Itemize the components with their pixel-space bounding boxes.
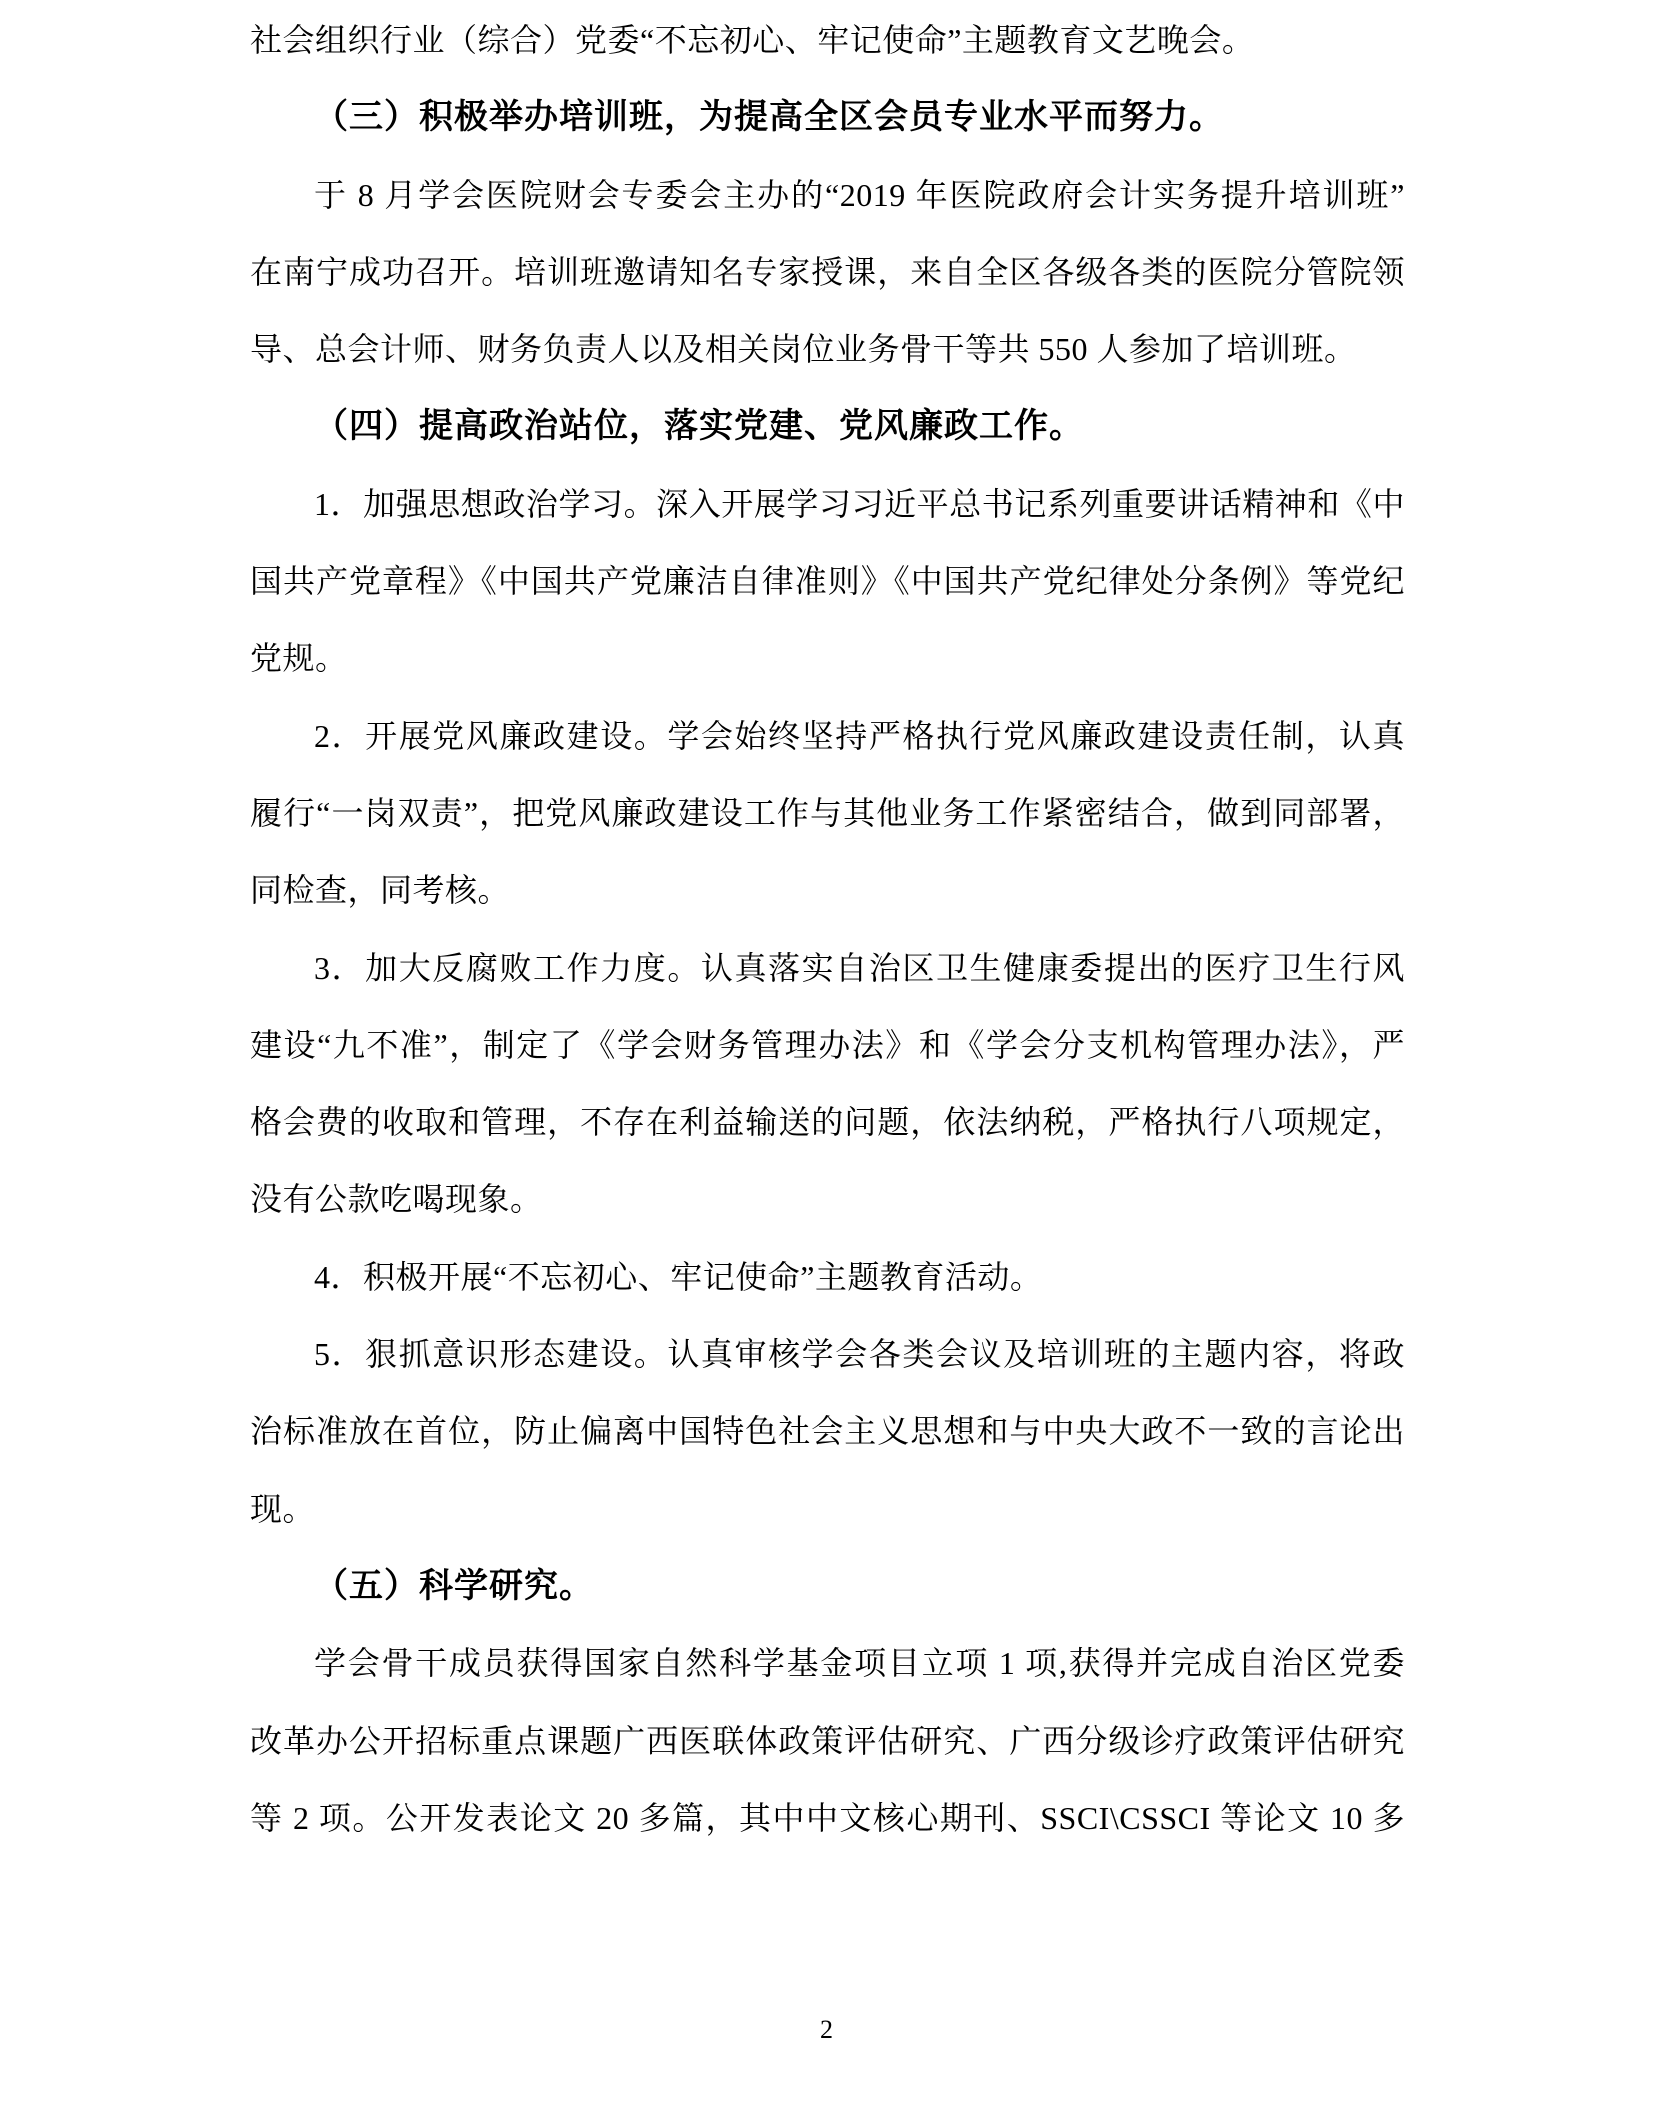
text-line: 社会组织行业（综合）党委“不忘初心、牢记使命”主题教育文艺晚会。 (250, 2, 1405, 79)
paragraph: 4．积极开展“不忘初心、牢记使命”主题教育活动。 (250, 1239, 1405, 1316)
text-line: 同检查，同考核。 (250, 852, 1405, 929)
text-line: 2．开展党风廉政建设。学会始终坚持严格执行党风廉政建设责任制，认真 (250, 698, 1405, 775)
text-line: 4．积极开展“不忘初心、牢记使命”主题教育活动。 (250, 1239, 1405, 1316)
paragraph: 1．加强思想政治学习。深入开展学习习近平总书记系列重要讲话精神和《中国共产党章程… (250, 466, 1405, 698)
text-line: 履行“一岗双责”，把党风廉政建设工作与其他业务工作紧密结合，做到同部署， (250, 775, 1405, 852)
text-line: 导、总会计师、财务负责人以及相关岗位业务骨干等共 550 人参加了培训班。 (250, 311, 1405, 388)
paragraph: 社会组织行业（综合）党委“不忘初心、牢记使命”主题教育文艺晚会。 (250, 2, 1405, 79)
paragraph: （四）提高政治站位，落实党建、党风廉政工作。 (250, 388, 1405, 465)
page-number: 2 (0, 2010, 1653, 2050)
text-line: （五）科学研究。 (250, 1548, 1405, 1625)
paragraph: 于 8 月学会医院财会专委会主办的“2019 年医院政府会计实务提升培训班”在南… (250, 157, 1405, 389)
text-line: 建设“九不准”，制定了《学会财务管理办法》和《学会分支机构管理办法》，严 (250, 1007, 1405, 1084)
paragraph: 2．开展党风廉政建设。学会始终坚持严格执行党风廉政建设责任制，认真履行“一岗双责… (250, 698, 1405, 930)
text-line: 改革办公开招标重点课题广西医联体政策评估研究、广西分级诊疗政策评估研究 (250, 1703, 1405, 1780)
text-line: 格会费的收取和管理，不存在利益输送的问题，依法纳税，严格执行八项规定， (250, 1084, 1405, 1161)
text-line: 党规。 (250, 620, 1405, 697)
paragraph: 3．加大反腐败工作力度。认真落实自治区卫生健康委提出的医疗卫生行风建设“九不准”… (250, 930, 1405, 1239)
paragraph: （三）积极举办培训班，为提高全区会员专业水平而努力。 (250, 79, 1405, 156)
text-line: 3．加大反腐败工作力度。认真落实自治区卫生健康委提出的医疗卫生行风 (250, 930, 1405, 1007)
text-line: （三）积极举办培训班，为提高全区会员专业水平而努力。 (250, 79, 1405, 156)
text-line: 学会骨干成员获得国家自然科学基金项目立项 1 项,获得并完成自治区党委 (250, 1625, 1405, 1702)
text-line: 没有公款吃喝现象。 (250, 1161, 1405, 1238)
document-body: 社会组织行业（综合）党委“不忘初心、牢记使命”主题教育文艺晚会。（三）积极举办培… (250, 2, 1405, 1857)
text-line: 国共产党章程》《中国共产党廉洁自律准则》《中国共产党纪律处分条例》等党纪 (250, 543, 1405, 620)
text-line: 等 2 项。公开发表论文 20 多篇，其中中文核心期刊、SSCI\CSSCI 等… (250, 1780, 1405, 1857)
paragraph: 5．狠抓意识形态建设。认真审核学会各类会议及培训班的主题内容，将政治标准放在首位… (250, 1316, 1405, 1548)
text-line: 5．狠抓意识形态建设。认真审核学会各类会议及培训班的主题内容，将政 (250, 1316, 1405, 1393)
document-page: 社会组织行业（综合）党委“不忘初心、牢记使命”主题教育文艺晚会。（三）积极举办培… (0, 0, 1653, 2121)
text-line: 在南宁成功召开。培训班邀请知名专家授课，来自全区各级各类的医院分管院领 (250, 234, 1405, 311)
paragraph: （五）科学研究。 (250, 1548, 1405, 1625)
text-line: 于 8 月学会医院财会专委会主办的“2019 年医院政府会计实务提升培训班” (250, 157, 1405, 234)
text-line: （四）提高政治站位，落实党建、党风廉政工作。 (250, 388, 1405, 465)
paragraph: 学会骨干成员获得国家自然科学基金项目立项 1 项,获得并完成自治区党委改革办公开… (250, 1625, 1405, 1857)
text-line: 1．加强思想政治学习。深入开展学习习近平总书记系列重要讲话精神和《中 (250, 466, 1405, 543)
text-line: 现。 (250, 1471, 1405, 1548)
text-line: 治标准放在首位，防止偏离中国特色社会主义思想和与中央大政不一致的言论出 (250, 1393, 1405, 1470)
